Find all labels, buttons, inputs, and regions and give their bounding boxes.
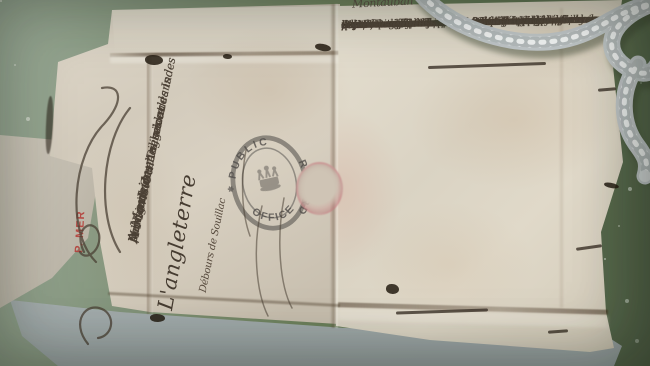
table-specks bbox=[0, 0, 2, 2]
par-mer-marking: P. MER bbox=[73, 183, 89, 254]
letter-line: et je vous embrasse de tout mon coeur bbox=[341, 13, 537, 34]
letter-body: C'est avec un vrai sentiment de joie que… bbox=[341, 11, 617, 361]
cord-tip bbox=[639, 170, 650, 182]
wax-seal bbox=[296, 162, 343, 215]
photo-old-letter: PUBLIC RECORD OFFICE ✱ Montauban C'est a… bbox=[0, 0, 650, 366]
